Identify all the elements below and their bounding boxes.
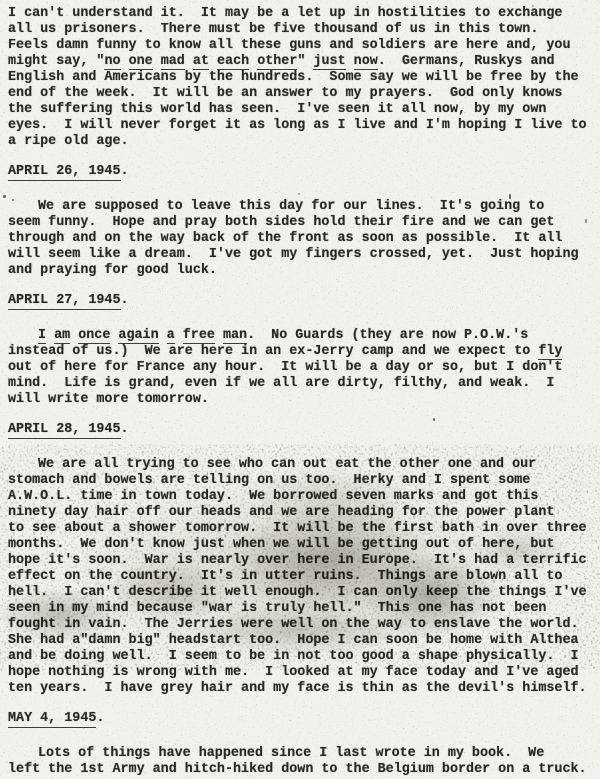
text-segment: hope nothing is wrong with me. I looked …	[8, 665, 579, 680]
text-segment: . No Guards (they are now P.O.W.'s	[247, 328, 528, 343]
underlined-word: other	[257, 54, 297, 70]
text-segment: hope it's soon. War is nearly over here …	[8, 553, 587, 568]
text-segment: and praying for good luck.	[8, 263, 217, 278]
text-segment: months. We don't know just when we will …	[8, 537, 554, 552]
entry-heading: APRIL 27, 1945.	[8, 293, 600, 309]
underlined-word: no	[104, 54, 120, 70]
entry-line: the suffering this world has seen. I've …	[8, 102, 600, 118]
text-segment: effect on the country. It's in utter rui…	[8, 569, 562, 584]
entry-heading-period: .	[121, 164, 129, 179]
entry-line: will write more tomorrow.	[8, 392, 600, 408]
entry-line: fought in vain. The Jerries were well on…	[8, 617, 600, 633]
text-segment: stomach and bowels are telling on us too…	[8, 473, 530, 488]
text-segment: Feels damn funny to know all these guns …	[8, 38, 571, 53]
underlined-word: one	[129, 54, 153, 70]
text-segment: and be doing well. I seem to be in not t…	[8, 649, 579, 664]
diary-page: I can't understand it. It may be a let u…	[0, 0, 600, 779]
entry-line: ninety day hair off our heads and we are…	[8, 505, 600, 521]
text-segment: will write more tomorrow.	[8, 392, 209, 407]
entry-heading: MAY 4, 1945.	[8, 711, 600, 727]
entry-line: through and on the way back of the front…	[8, 231, 600, 247]
text-segment: to see about a shower tomorrow. It will …	[8, 521, 587, 536]
entry-line: hell. I can't describe it well enough. I…	[8, 585, 600, 601]
underlined-word: again	[118, 328, 158, 344]
entry-line: Feels damn funny to know all these guns …	[8, 38, 600, 54]
text-segment: Lots of things have happened since I las…	[38, 746, 544, 761]
entry-line: and praying for good luck.	[8, 263, 600, 279]
entry-heading: APRIL 28, 1945.	[8, 422, 600, 438]
underlined-word: each	[217, 54, 249, 70]
entry-line: eyes. I will never forget it as long as …	[8, 118, 600, 134]
entry-line: instead of us.) We are here in an ex-Jer…	[8, 344, 600, 360]
entry-line: will seem like a dream. I've got my fing…	[8, 247, 600, 263]
text-segment: end of the week. It will be an answer to…	[8, 86, 562, 101]
underlined-word: free	[183, 328, 215, 344]
entry-line: We are supposed to leave this day for ou…	[8, 199, 600, 215]
entry-line: effect on the country. It's in utter rui…	[8, 569, 600, 585]
entry-heading-date: APRIL 28, 1945	[8, 422, 121, 439]
entry-line: A.W.O.L. time in town today. We borrowed…	[8, 489, 600, 505]
text-segment: out of here for France any hour. It will…	[8, 360, 562, 375]
text-segment: eyes. I will never forget it as long as …	[8, 118, 587, 133]
text-segment: fought in vain. The Jerries were well on…	[8, 617, 579, 632]
underlined-word: just	[313, 54, 345, 70]
entry-line: seen in my mind because "war is truly he…	[8, 601, 600, 617]
diary-entry-paragraph: Lots of things have happened since I las…	[8, 746, 600, 778]
text-segment: might say, "	[8, 54, 104, 69]
underlined-word: mad	[161, 54, 185, 70]
entry-line: a ripe old age.	[8, 134, 600, 150]
text-segment: "	[297, 54, 313, 69]
entry-line: end of the week. It will be an answer to…	[8, 86, 600, 102]
text-segment: instead of us.) We are here in an ex-Jer…	[8, 344, 538, 359]
text-segment: We are supposed to leave this day for ou…	[38, 199, 544, 214]
entry-line: We are all trying to see who can out eat…	[8, 457, 600, 473]
diary-entry-paragraph: We are supposed to leave this day for ou…	[8, 199, 600, 279]
entry-line: mind. Life is grand, even if we all are …	[8, 376, 600, 392]
text-segment: ninety day hair off our heads and we are…	[8, 505, 554, 520]
entry-line: left the 1st Army and hitch-hiked down t…	[8, 762, 600, 778]
diary-entry-paragraph: We are all trying to see who can out eat…	[8, 457, 600, 697]
underlined-word: now	[354, 54, 378, 70]
text-segment: a ripe old age.	[8, 134, 129, 149]
entry-line: and be doing well. I seem to be in not t…	[8, 649, 600, 665]
entry-line: out of here for France any hour. It will…	[8, 360, 600, 376]
diary-entry-paragraph: I can't understand it. It may be a let u…	[8, 6, 600, 150]
entry-heading-date: MAY 4, 1945	[8, 711, 96, 728]
entry-line: to see about a shower tomorrow. It will …	[8, 521, 600, 537]
entry-line: all us prisoners. There must be five tho…	[8, 22, 600, 38]
entry-line: stomach and bowels are telling on us too…	[8, 473, 600, 489]
text-segment: seem funny. Hope and pray both sides hol…	[8, 215, 554, 230]
underlined-word: at	[193, 54, 209, 70]
entry-line: hope it's soon. War is nearly over here …	[8, 553, 600, 569]
entry-line: I can't understand it. It may be a let u…	[8, 6, 600, 22]
text-segment: mind. Life is grand, even if we all are …	[8, 376, 554, 391]
entry-heading-period: .	[96, 711, 104, 726]
underlined-word: man	[223, 328, 247, 344]
entry-line: hope nothing is wrong with me. I looked …	[8, 665, 600, 681]
entry-line: English and Americans by the hundreds. S…	[8, 70, 600, 86]
entry-heading-date: APRIL 27, 1945	[8, 293, 121, 310]
text-segment: will seem like a dream. I've got my fing…	[8, 247, 579, 262]
text-segment: She had a"damn big" headstart too. Hope …	[8, 633, 579, 648]
entry-line: might say, "no one mad at each other" ju…	[8, 54, 600, 70]
underlined-word: a	[167, 328, 175, 344]
entry-line: She had a"damn big" headstart too. Hope …	[8, 633, 600, 649]
text-segment: . Germans, Ruskys and	[378, 54, 555, 69]
entry-line: ten years. I have grey hair and my face …	[8, 681, 600, 697]
text-segment: ten years. I have grey hair and my face …	[8, 681, 587, 696]
text-segment: all us prisoners. There must be five tho…	[8, 22, 538, 37]
entry-line: Lots of things have happened since I las…	[8, 746, 600, 762]
text-segment: the suffering this world has seen. I've …	[8, 102, 546, 117]
text-segment: We are all trying to see who can out eat…	[38, 457, 536, 472]
text-segment: I can't understand it. It may be a let u…	[8, 6, 562, 21]
entry-heading-period: .	[121, 422, 129, 437]
underlined-word: I	[38, 328, 46, 344]
text-segment: English and Americans by the hundreds. S…	[8, 70, 579, 85]
underlined-word: fly	[538, 344, 562, 360]
underlined-word: am	[54, 328, 70, 344]
entry-heading-date: APRIL 26, 1945	[8, 164, 121, 181]
underlined-word: once	[78, 328, 110, 344]
entry-heading: APRIL 26, 1945.	[8, 164, 600, 180]
text-segment: seen in my mind because "war is truly he…	[8, 601, 546, 616]
entry-heading-period: .	[121, 293, 129, 308]
text-segment: through and on the way back of the front…	[8, 231, 562, 246]
diary-entry-paragraph: I am once again a free man. No Guards (t…	[8, 328, 600, 408]
text-segment: hell. I can't describe it well enough. I…	[8, 585, 587, 600]
entry-line: I am once again a free man. No Guards (t…	[8, 328, 600, 344]
text-segment: A.W.O.L. time in town today. We borrowed…	[8, 489, 538, 504]
text-segment: left the 1st Army and hitch-hiked down t…	[8, 762, 587, 777]
entry-line: seem funny. Hope and pray both sides hol…	[8, 215, 600, 231]
entry-line: months. We don't know just when we will …	[8, 537, 600, 553]
